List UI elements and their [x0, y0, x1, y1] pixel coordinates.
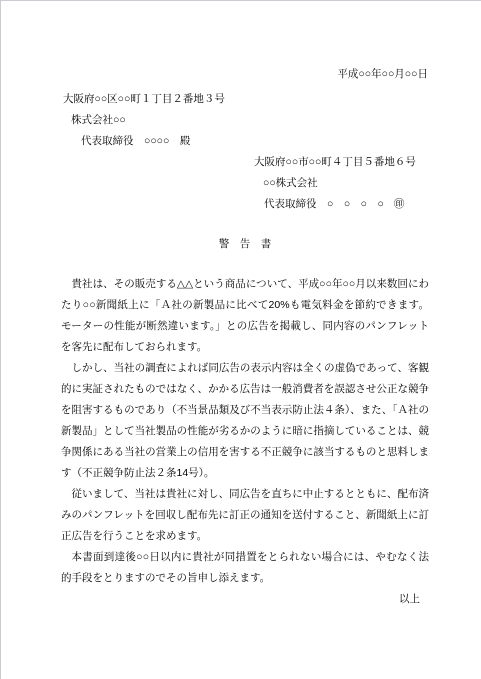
- document-title: 警 告 書: [61, 234, 429, 255]
- document-body: 貴社は、その販売する△△という商品について、平成○○年○○月以来数回にわたり○○…: [1, 274, 481, 589]
- closing-phrase: 以上: [61, 589, 429, 610]
- document-date: 平成○○年○○月○○日: [1, 64, 481, 85]
- sender-company-name: ○○株式会社: [263, 173, 481, 194]
- body-paragraph: しかし、当社の調査によれば同広告の表示内容は全くの虚偽であって、客観的に実証され…: [61, 358, 429, 484]
- body-paragraph: 従いまして、当社は貴社に対し、同広告を直ちに中止するとともに、配布済みのパンフレ…: [61, 484, 429, 547]
- body-paragraph: 貴社は、その販売する△△という商品について、平成○○年○○月以来数回にわたり○○…: [61, 274, 429, 358]
- sender-address: 大阪府○○市○○町４丁目５番地６号: [254, 152, 481, 173]
- recipient-address: 大阪府○○区○○町１丁目２番地３号: [63, 89, 481, 110]
- sender-representative-line: 代表取締役 ○ ○ ○ ○㊞: [264, 194, 481, 215]
- recipient-block: 大阪府○○区○○町１丁目２番地３号 株式会社○○ 代表取締役 ○○○○ 殿: [1, 89, 481, 152]
- recipient-representative: 代表取締役 ○○○○ 殿: [81, 131, 481, 152]
- sender-representative: 代表取締役 ○ ○ ○ ○: [264, 198, 384, 210]
- recipient-company-name: 株式会社○○: [71, 110, 481, 131]
- body-paragraph: 本書面到達後○○日以内に貴社が同措置をとられない場合には、やむなく法的手段をとり…: [61, 547, 429, 589]
- seal-stamp-icon: ㊞: [394, 198, 405, 210]
- warning-letter-page: 平成○○年○○月○○日 大阪府○○区○○町１丁目２番地３号 株式会社○○ 代表取…: [0, 0, 481, 679]
- sender-block: 大阪府○○市○○町４丁目５番地６号 ○○株式会社 代表取締役 ○ ○ ○ ○㊞: [1, 152, 481, 215]
